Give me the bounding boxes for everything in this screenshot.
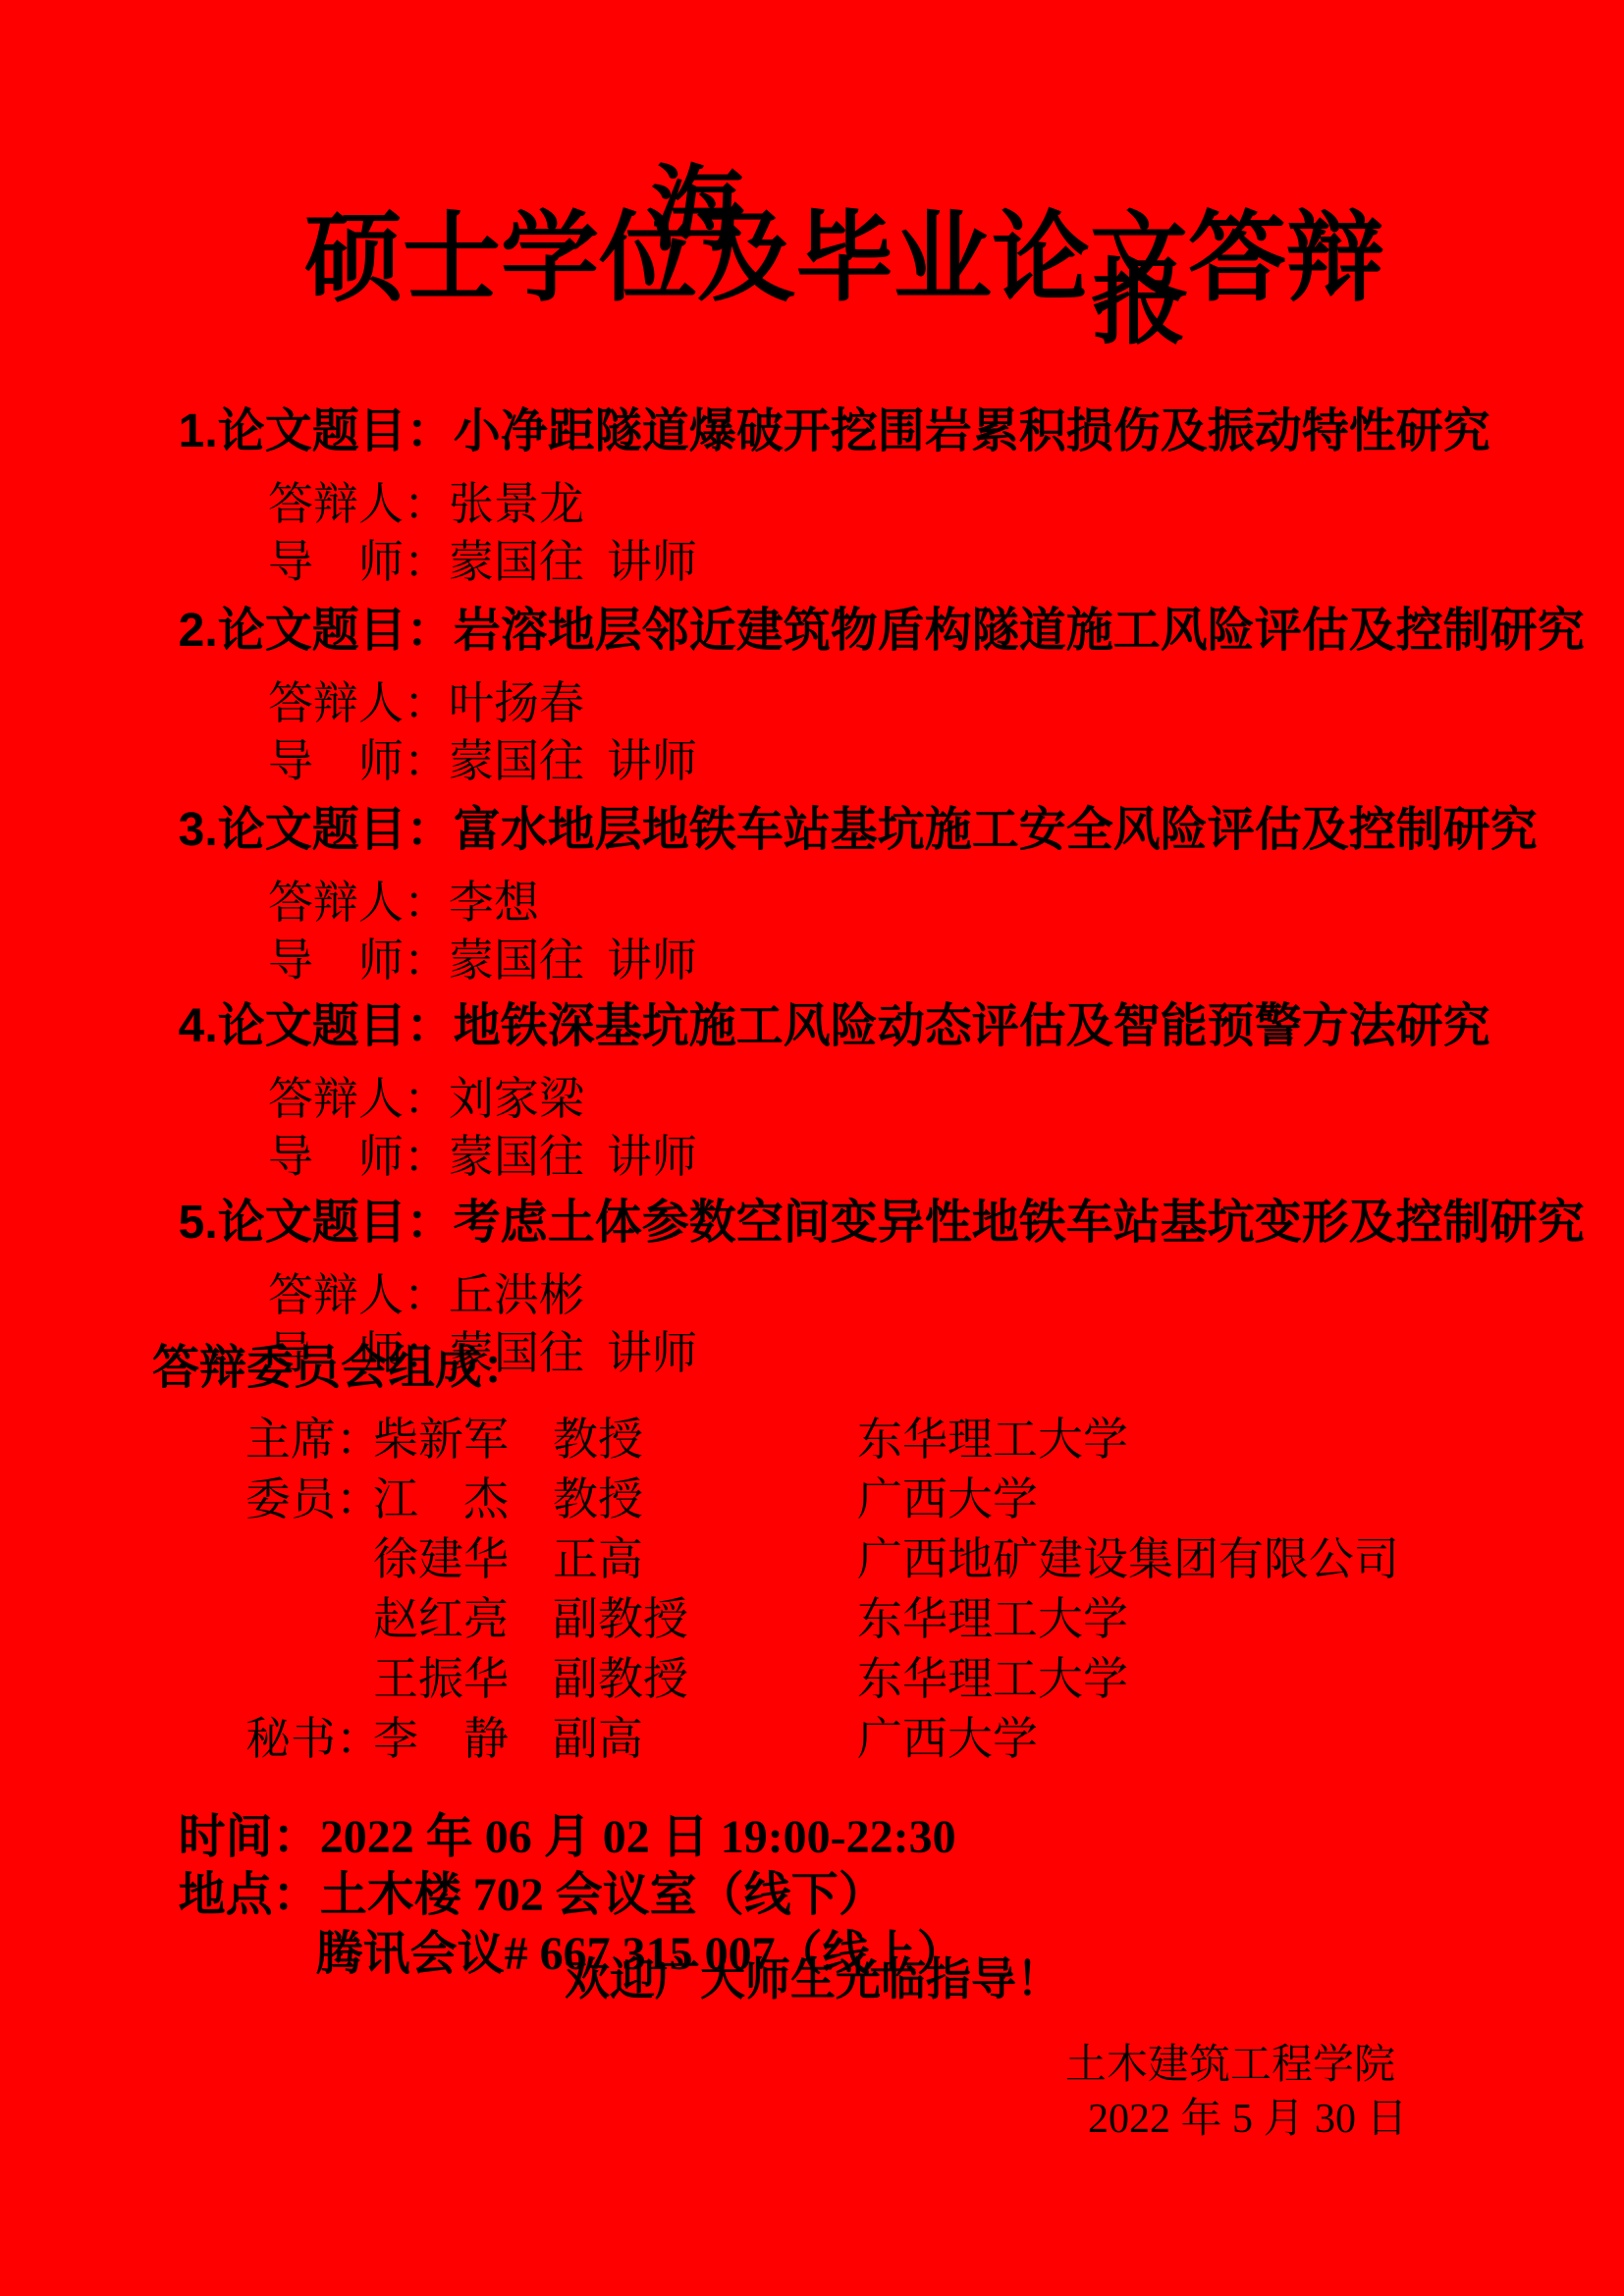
poster-subtitle: 硕士学位及毕业论文答辩 (304, 209, 1384, 307)
committee-member-org: 东华理工大学 (857, 1596, 1128, 1643)
footer-date: 2022 年 5 月 30 日 (1088, 2098, 1408, 2141)
committee-member-name: 王振华 (373, 1656, 553, 1703)
committee-member-title: 副教授 (553, 1596, 857, 1643)
thesis-title-text: 小净距隧道爆破开挖围岩累积损伤及振动特性研究 (454, 405, 1490, 457)
committee-role (245, 1536, 373, 1583)
committee-member-name: 柴新军 (373, 1416, 553, 1464)
committee-member-title: 教授 (553, 1476, 857, 1523)
committee-member-org: 广西大学 (857, 1476, 1038, 1523)
committee-member-title: 副高 (553, 1716, 857, 1763)
thesis-title-text: 富水地层地铁车站基坑施工安全风险评估及控制研究 (454, 804, 1538, 856)
committee-member-name: 赵红亮 (373, 1596, 553, 1643)
committee-row: 徐建华 正高 广西地矿建设集团有限公司 (245, 1536, 1399, 1583)
committee-member-name: 徐建华 (373, 1536, 553, 1583)
thesis-title-text: 岩溶地层邻近建筑物盾构隧道施工风险评估及控制研究 (454, 605, 1585, 657)
committee-role (245, 1596, 373, 1643)
committee-role: 委员： (245, 1476, 373, 1523)
committee-member-org: 广西大学 (857, 1716, 1038, 1763)
welcome-line: 欢迎广大师生光临指导！ (565, 1955, 1061, 2002)
committee-member-name: 江 杰 (373, 1476, 553, 1523)
committee-row: 委员： 江 杰 教授 广西大学 (245, 1476, 1038, 1523)
committee-role: 秘书： (245, 1716, 373, 1763)
committee-member-title: 正高 (553, 1536, 857, 1583)
committee-member-title: 副教授 (553, 1656, 857, 1703)
committee-member-org: 东华理工大学 (857, 1656, 1128, 1703)
footer-org: 土木建筑工程学院 (1065, 2044, 1395, 2087)
committee-role: 主席： (245, 1416, 373, 1464)
poster-page: { "page": { "background_color": "#ff0000… (0, 0, 1624, 2296)
committee-role (245, 1656, 373, 1703)
thesis-title-text: 考虑土体参数空间变异性地铁车站基坑变形及控制研究 (454, 1197, 1585, 1249)
committee-row: 王振华 副教授 东华理工大学 (245, 1656, 1128, 1703)
committee-member-title: 教授 (553, 1416, 857, 1464)
committee-member-org: 广西地矿建设集团有限公司 (857, 1536, 1399, 1583)
committee-member-name: 李 静 (373, 1716, 553, 1763)
thesis-title-text: 地铁深基坑施工风险动态评估及智能预警方法研究 (454, 1000, 1490, 1052)
committee-row: 赵红亮 副教授 东华理工大学 (245, 1596, 1128, 1643)
committee-heading: 答辩委员会组成： (152, 1344, 529, 1393)
committee-row: 主席： 柴新军 教授 东华理工大学 (245, 1416, 1128, 1464)
committee-row: 秘书： 李 静 副高 广西大学 (245, 1716, 1038, 1763)
committee-member-org: 东华理工大学 (857, 1416, 1128, 1464)
